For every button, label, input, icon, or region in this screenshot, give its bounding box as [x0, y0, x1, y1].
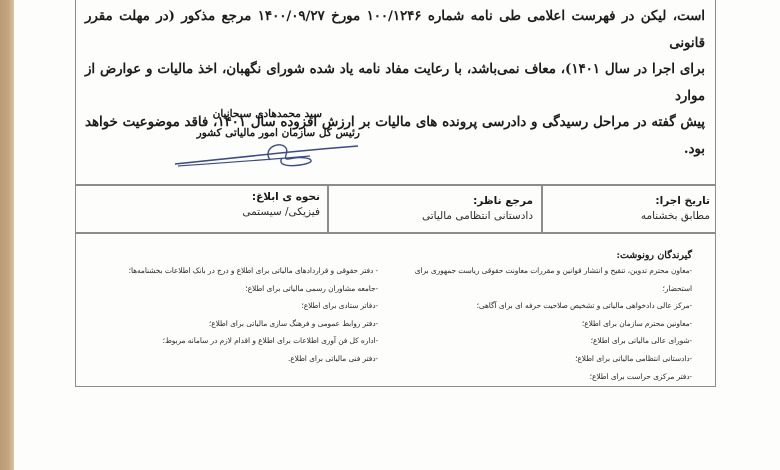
execution-date-cell: تاریخ اجرا: مطابق بخشنامه [548, 194, 710, 224]
cc-item: -دفتر روابط عمومی و فرهنگ سازی مالیاتی ب… [78, 315, 378, 333]
cc-item: -دفاتر ستادی برای اطلاع؛ [78, 297, 378, 315]
cc-item: -اداره کل فن آوری اطلاعات برای اطلاع و ا… [78, 332, 378, 350]
notification-method-label: نحوه ی ابلاغ: [82, 190, 320, 205]
supervisory-authority-label: مرجع ناظر: [334, 194, 533, 209]
divider-top [75, 184, 716, 186]
cc-item: -مرکز عالی دادخواهی مالیاتی و تشخیص صلاح… [392, 297, 692, 315]
cc-list-left: - دفتر حقوقی و قراردادهای مالیاتی برای ا… [78, 262, 378, 368]
supervisory-authority-cell: مرجع ناظر: دادستانی انتظامی مالیاتی [334, 194, 533, 224]
execution-date-value: مطابق بخشنامه [548, 209, 710, 224]
body-line-2: برای اجرا در سال ۱۴۰۱)، معاف نمی‌باشد، ب… [85, 57, 705, 110]
divider-middle [75, 232, 716, 234]
notification-method-cell: نحوه ی ابلاغ: فیزیکی/ سیستمی [82, 190, 320, 220]
cell-divider-1 [327, 184, 329, 232]
body-line-1: است، لیکن در فهرست اعلامی طی نامه شماره … [85, 4, 705, 57]
supervisory-authority-value: دادستانی انتظامی مالیاتی [334, 209, 533, 224]
notification-method-value: فیزیکی/ سیستمی [82, 205, 320, 220]
execution-date-label: تاریخ اجرا: [548, 194, 710, 209]
cc-item: -معاونین محترم سازمان برای اطلاع؛ [392, 315, 692, 333]
signatory-name: سید محمدهادی سبحانیان [170, 105, 360, 124]
cc-item: -دفتر مرکزی حراست برای اطلاع؛ [392, 368, 692, 386]
cc-item: -جامعه مشاوران رسمی مالیاتی برای اطلاع؛ [78, 280, 378, 298]
cc-item: -دادستانی انتظامی مالیاتی برای اطلاع؛ [392, 350, 692, 368]
cell-divider-2 [541, 184, 543, 232]
signature-icon [170, 138, 360, 168]
cc-item: -شورای عالی مالیاتی برای اطلاع؛ [392, 332, 692, 350]
cc-item: -دفتر فنی مالیاتی برای اطلاع. [78, 350, 378, 368]
background-edge [0, 0, 14, 470]
cc-recipients-title: گیرندگان رونوشت: [617, 250, 693, 261]
cc-item: -معاون محترم تدوین، تنقیح و انتشار قوانی… [392, 262, 692, 297]
cc-item: - دفتر حقوقی و قراردادهای مالیاتی برای ا… [78, 262, 378, 280]
cc-list-right: -معاون محترم تدوین، تنقیح و انتشار قوانی… [392, 262, 692, 385]
